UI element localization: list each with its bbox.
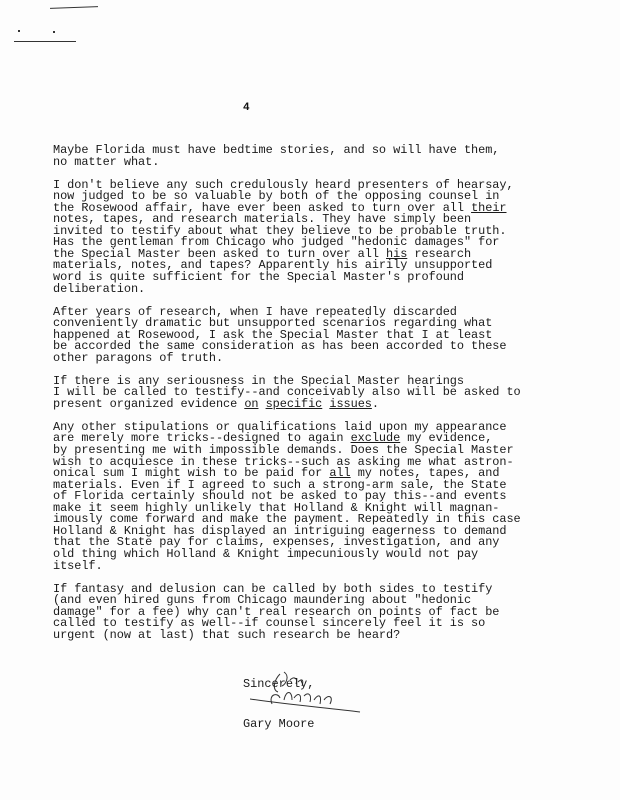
text-line: old thing which Holland & Knight impecun… [53,549,613,561]
underlined-emphasis: issues [329,397,372,411]
letter-body: Maybe Florida must have bedtime stories,… [53,145,613,653]
text-run: present organized evidence [53,397,244,411]
text-run: old thing which Holland & Knight impecun… [53,547,478,561]
paragraph: If fantasy and delusion can be called by… [53,584,613,642]
text-line: itself. [53,561,613,573]
paragraph: After years of research, when I have rep… [53,307,613,365]
corner-mark-line [50,6,98,9]
closing-salutation: Sincerely, [243,677,314,691]
document-page: 4 Maybe Florida must have bedtime storie… [0,0,620,800]
text-run: . [372,397,379,411]
underlined-emphasis: specific [266,397,323,411]
text-run: no matter what. [53,155,159,169]
corner-mark-line [14,41,76,42]
paragraph: Maybe Florida must have bedtime stories,… [53,145,613,168]
corner-mark-dot [18,30,20,32]
corner-mark-dot [53,31,55,33]
paragraph: If there is any seriousness in the Speci… [53,376,613,411]
signer-name: Gary Moore [243,717,314,731]
text-line: other paragons of truth. [53,353,613,365]
text-line: deliberation. [53,284,613,296]
paragraph: Any other stipulations or qualifications… [53,422,613,572]
text-run: other paragons of truth. [53,351,223,365]
text-line: urgent (now at last) that such research … [53,630,613,642]
underlined-emphasis: on [244,397,258,411]
paragraph: I don't believe any such credulously hea… [53,180,613,295]
text-run: deliberation. [53,282,145,296]
underlined-emphasis: their [471,201,506,215]
text-run [258,397,265,411]
text-run: urgent (now at last) that such research … [53,628,400,642]
text-run: itself. [53,559,103,573]
page-number: 4 [243,102,250,114]
text-line: present organized evidence on specific i… [53,399,613,411]
text-line: no matter what. [53,157,613,169]
scan-corner-marks [10,4,100,49]
